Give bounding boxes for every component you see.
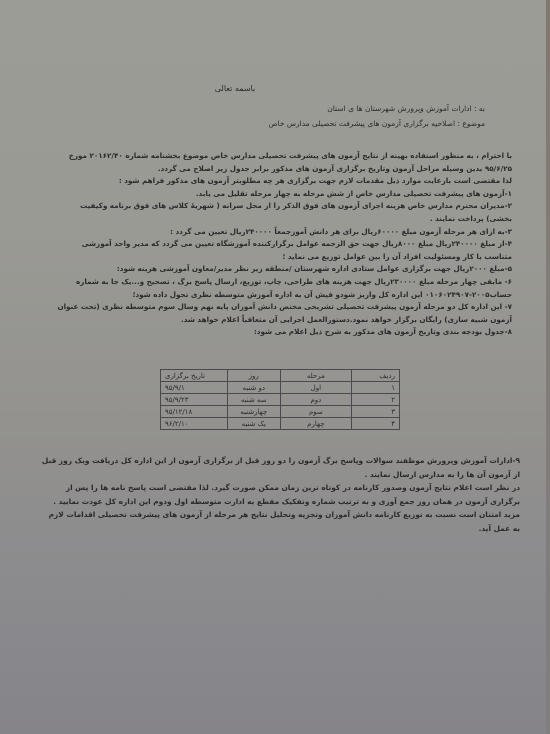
- table-row: ۴ چهارم یک شنبه ۹۶/۲/۱۰: [161, 418, 400, 430]
- cell-row-number: ۳: [352, 406, 400, 418]
- recipient-line: به : ادارات آموزش وپرورش شهرستان ها ی اس…: [327, 104, 485, 113]
- paragraph: متناسب با کار ومسئولیت افراد آن را بین ع…: [42, 251, 512, 264]
- paragraph: ۴-از مبلغ ۲۴۰۰۰۰ریال مبلغ ۸۰۰۰ریال جهت ح…: [42, 238, 512, 251]
- header-day: روز: [227, 370, 280, 382]
- paragraph: از آزمون آن ها را به مدارس ارسال نمایند …: [40, 468, 520, 482]
- table-row: ۲ دوم سه شنبه ۹۵/۹/۲۳: [161, 394, 400, 406]
- paragraph: ۶- مابقی چهار مرحله مبلغ ۲۳۰۰۰۰ریال جهت …: [42, 276, 512, 289]
- paragraph: ۷- این اداره کل دو مرحله آزمون پیشرفت تح…: [42, 301, 512, 314]
- paragraph: مزید امتنان است نسبت به توزیع کارنامه دا…: [40, 508, 520, 522]
- cell-row-number: ۲: [352, 394, 400, 406]
- cell-day: سه شنبه: [227, 394, 280, 406]
- header-date: تاریخ برگزاری: [161, 370, 228, 382]
- paragraph: ۹۵/۶/۲۵ بدین وسیله مراحل آزمون وتاریخ بر…: [42, 163, 512, 176]
- cell-stage: اول: [280, 382, 352, 394]
- paragraph: لذا مقتضی است بارعایت موارد ذیل مقدمات ل…: [42, 175, 512, 188]
- cell-day: یک شنبه: [227, 418, 280, 430]
- cell-day: چهارشنبه: [227, 406, 280, 418]
- paragraph: بخشی) پرداخت نمایند .: [42, 213, 512, 226]
- paragraph: آزمون شبیه سازی) رایگان برگزار خواهد نمو…: [42, 314, 512, 327]
- letter-page: باسمه تعالی به : ادارات آموزش وپرورش شهر…: [0, 0, 550, 734]
- cell-row-number: ۴: [352, 418, 400, 430]
- table-row: ۱ اول دو شنبه ۹۵/۹/۱: [161, 382, 400, 394]
- paragraph: ۳-به ازای هر مرحله آزمون مبلغ ۶۰۰۰۰ریال …: [42, 226, 512, 239]
- paragraph: در نظر است اعلام نتایج آزمون وصدور کارنا…: [40, 481, 520, 495]
- paragraph: ۹-ادارات آموزش وپرورش موظفند سوالات وپاس…: [40, 454, 520, 468]
- letter-closing: ۹-ادارات آموزش وپرورش موظفند سوالات وپاس…: [40, 454, 520, 535]
- letter-body: با احترام ، به منظور استفاده بهینه از نت…: [42, 150, 512, 339]
- paragraph: به عمل آید.: [40, 522, 520, 536]
- paragraph: با احترام ، به منظور استفاده بهینه از نت…: [42, 150, 512, 163]
- paragraph: ۸-جدول بودجه بندی وتاریخ آزمون های مذکور…: [42, 326, 512, 339]
- paragraph: ۱-آزمون های پیشرفت تحصیلی مدارس خاص از ش…: [42, 188, 512, 201]
- cell-stage: سوم: [280, 406, 352, 418]
- cell-date: ۹۶/۲/۱۰: [161, 418, 228, 430]
- invocation: باسمه تعالی: [0, 84, 550, 93]
- paragraph: برگزاری آزمون در همان روز جمع آوری و به …: [40, 495, 520, 509]
- paragraph: حساب۲۰۰۵-۰۱۰۶۰۲۴۹۰۷ این اداره کل واریز ش…: [42, 289, 512, 302]
- paragraph: ۲-مدیران محترم مدارس خاص هزینه اجرای آزم…: [42, 200, 512, 213]
- cell-date: ۹۵/۹/۲۳: [161, 394, 228, 406]
- cell-date: ۹۵/۹/۱: [161, 382, 228, 394]
- cell-stage: چهارم: [280, 418, 352, 430]
- cell-row-number: ۱: [352, 382, 400, 394]
- header-row-number: ردیف: [352, 370, 400, 382]
- cell-date: ۹۵/۱۲/۱۸: [161, 406, 228, 418]
- subject-line: موضوع : اصلاحیه برگزاری آزمون های پیشرفت…: [268, 119, 485, 128]
- header-stage: مرحله: [280, 370, 352, 382]
- table-header-row: ردیف مرحله روز تاریخ برگزاری: [161, 370, 400, 382]
- exam-schedule-table: ردیف مرحله روز تاریخ برگزاری ۱ اول دو شن…: [160, 369, 400, 430]
- paragraph: ۵-مبلغ ۲۰۰۰ریال جهت برگزاری عوامل ستادی …: [42, 263, 512, 276]
- table-row: ۳ سوم چهارشنبه ۹۵/۱۲/۱۸: [161, 406, 400, 418]
- cell-day: دو شنبه: [227, 382, 280, 394]
- cell-stage: دوم: [280, 394, 352, 406]
